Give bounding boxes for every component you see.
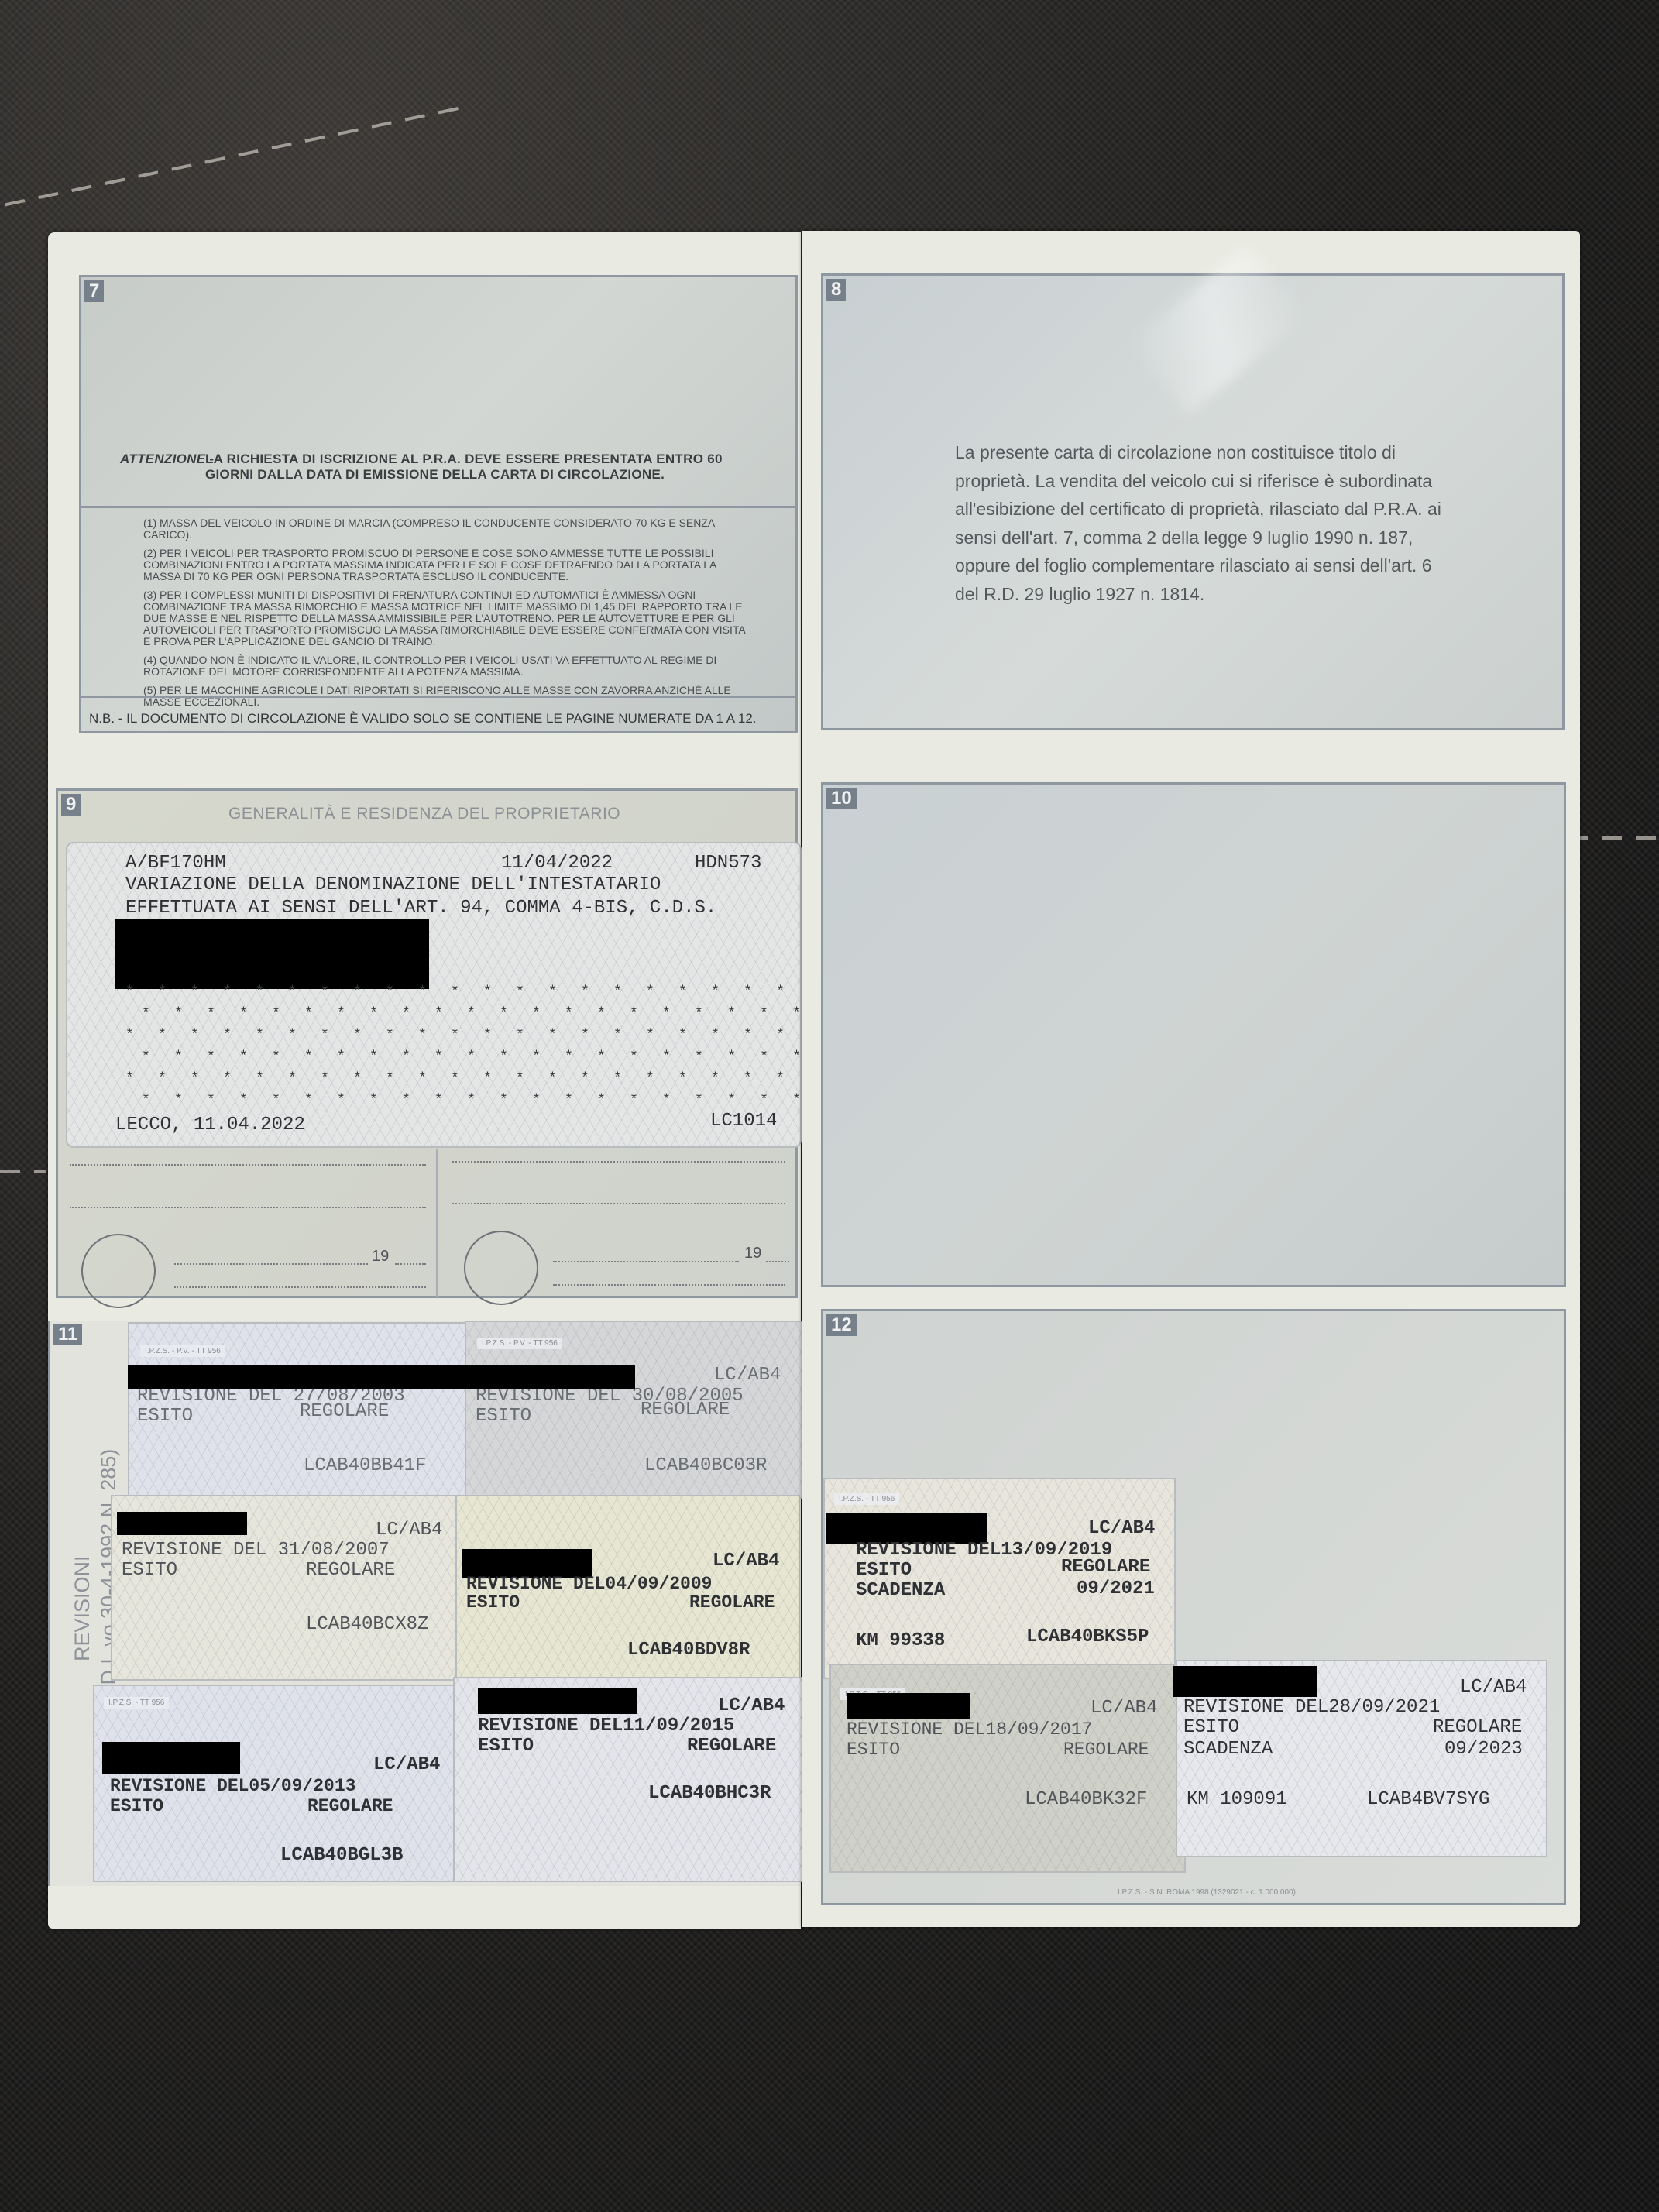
km-reading: KM 99338 <box>856 1630 945 1651</box>
revision-code: LCAB40BKS5P <box>1026 1626 1149 1647</box>
page-11-panel: 11 REVISIONI (Art. 80 del D.L.vo 30-4-19… <box>48 1321 801 1886</box>
place-and-date: LECCO, 11.04.2022 <box>115 1115 305 1135</box>
esito-label: ESITO <box>122 1560 177 1581</box>
km-reading: KM 109091 <box>1187 1789 1287 1810</box>
redacted-plate <box>128 1365 635 1389</box>
attention-lead: ATTENZIONE - <box>120 452 214 467</box>
revision-code: LCAB40BB41F <box>304 1455 426 1476</box>
revision-sticker-2015: LC/AB4 REVISIONE DEL11/09/2015 ESITO REG… <box>453 1677 805 1882</box>
year-prefix: 19 <box>744 1245 761 1262</box>
esito-value: REGOLARE <box>689 1592 775 1613</box>
left-page: 7 ATTENZIONE - LA RICHIESTA DI ISCRIZION… <box>48 232 801 1929</box>
revision-code: LCAB4BV7SYG <box>1367 1789 1489 1810</box>
signature-line <box>70 1207 426 1208</box>
change-description-1: VARIAZIONE DELLA DENOMINAZIONE DELL'INTE… <box>125 874 661 895</box>
revision-date: REVISIONE DEL28/09/2021 <box>1183 1697 1440 1718</box>
revision-date: REVISIONE DEL04/09/2009 <box>466 1574 712 1594</box>
registration-code: A/BF170HM <box>125 853 226 874</box>
redacted-owner-name <box>115 919 429 989</box>
signature-line <box>70 1164 426 1166</box>
redacted-plate <box>1173 1666 1317 1697</box>
page-7-panel: 7 ATTENZIONE - LA RICHIESTA DI ISCRIZION… <box>79 275 798 733</box>
page-9-panel: 9 GENERALITÀ E RESIDENZA DEL PROPRIETARI… <box>56 788 798 1298</box>
esito-label: ESITO <box>1183 1717 1239 1738</box>
esito-label: ESITO <box>137 1406 193 1427</box>
seat-stitching <box>0 1170 46 1173</box>
page-number-8: 8 <box>826 279 846 301</box>
seat-stitching <box>5 107 460 207</box>
esito-value: REGOLARE <box>1061 1557 1150 1578</box>
scadenza-value: 09/2021 <box>1077 1578 1155 1599</box>
revision-sticker-2021: LC/AB4 REVISIONE DEL28/09/2021 ESITO REG… <box>1176 1660 1547 1857</box>
footnote-3: (3) PER I COMPLESSI MUNITI DI DISPOSITIV… <box>143 589 747 647</box>
signature-line <box>452 1203 785 1204</box>
revision-sticker-2003: I.P.Z.S. - P.V. - TT 956 REVISIONE DEL 2… <box>128 1322 469 1500</box>
redacted-plate <box>117 1512 247 1535</box>
page-8-panel: 8 La presente carta di circolazione non … <box>821 273 1565 730</box>
stamp-circle <box>464 1231 538 1305</box>
office-code: LC1014 <box>710 1111 777 1132</box>
year-prefix: 19 <box>372 1248 389 1266</box>
light-glare <box>1129 245 1307 415</box>
attention-notice: ATTENZIONE - LA RICHIESTA DI ISCRIZIONE … <box>120 452 764 483</box>
page-10-panel: 10 <box>821 782 1566 1287</box>
change-date: 11/04/2022 <box>501 853 613 874</box>
ipzs-label: I.P.Z.S. - TT 956 <box>834 1493 899 1505</box>
revision-sticker-2009: LC/AB4 REVISIONE DEL04/09/2009 ESITO REG… <box>455 1495 800 1688</box>
scadenza-label: SCADENZA <box>856 1580 945 1601</box>
footnote-4: (4) QUANDO NON È INDICATO IL VALORE, IL … <box>143 654 747 678</box>
revision-sticker-2013: I.P.Z.S. - TT 956 LC/AB4 REVISIONE DEL05… <box>93 1685 465 1882</box>
esito-value: REGOLARE <box>1433 1717 1522 1738</box>
revision-sticker-2005: I.P.Z.S. - P.V. - TT 956 LC/AB4 REVISION… <box>465 1321 805 1499</box>
notes-divider <box>81 506 795 508</box>
signature-line <box>452 1161 785 1163</box>
revision-code: LCAB40BDV8R <box>627 1640 750 1661</box>
scadenza-value: 09/2023 <box>1444 1739 1523 1760</box>
page-number-9: 9 <box>61 794 81 816</box>
change-description-2: EFFETTUATA AI SENSI DELL'ART. 94, COMMA … <box>125 898 716 919</box>
office-code: LC/AB4 <box>1091 1698 1157 1719</box>
owner-change-sticker: A/BF170HM 11/04/2022 HDN573 VARIAZIONE D… <box>66 842 802 1148</box>
revision-date: REVISIONE DEL05/09/2013 <box>110 1776 355 1796</box>
esito-value: REGOLARE <box>687 1736 776 1757</box>
date-line <box>766 1261 789 1262</box>
revisions-title: REVISIONI <box>70 1555 94 1661</box>
ipzs-label: I.P.Z.S. - P.V. - TT 956 <box>140 1345 225 1357</box>
esito-label: ESITO <box>466 1592 520 1613</box>
esito-label: ESITO <box>110 1796 163 1816</box>
owner-section-title: GENERALITÀ E RESIDENZA DEL PROPRIETARIO <box>228 805 620 823</box>
esito-value: REGOLARE <box>300 1401 389 1422</box>
revision-sticker-2007: LC/AB4 REVISIONE DEL 31/08/2007 ESITO RE… <box>111 1495 461 1681</box>
revision-date: REVISIONE DEL11/09/2015 <box>478 1716 734 1736</box>
date-line <box>395 1263 426 1265</box>
nb-divider <box>81 696 795 698</box>
ipzs-label: I.P.Z.S. - P.V. - TT 956 <box>477 1338 562 1349</box>
esito-label: ESITO <box>478 1736 534 1757</box>
office-code: LC/AB4 <box>713 1551 779 1571</box>
revision-sticker-2017: I.P.Z.S. - TT 956 LC/AB4 REVISIONE DEL18… <box>829 1664 1186 1873</box>
revision-code: LCAB40BHC3R <box>648 1783 771 1804</box>
office-code: LC/AB4 <box>1460 1677 1527 1698</box>
revision-code: LCAB40BCX8Z <box>306 1614 428 1635</box>
esito-value: REGOLARE <box>641 1400 730 1420</box>
revision-date: REVISIONE DEL 31/08/2007 <box>122 1540 390 1561</box>
revision-sticker-2019: I.P.Z.S. - TT 956 LC/AB4 REVISIONE DEL13… <box>823 1478 1176 1679</box>
ownership-disclaimer: La presente carta di circolazione non co… <box>955 438 1451 608</box>
page-number-7: 7 <box>84 280 104 302</box>
attention-text: LA RICHIESTA DI ISCRIZIONE AL P.R.A. DEV… <box>205 452 764 483</box>
scadenza-label: SCADENZA <box>1183 1739 1273 1760</box>
office-code: LC/AB4 <box>373 1754 440 1775</box>
revision-code: LCAB40BGL3B <box>280 1845 403 1866</box>
office-code: LC/AB4 <box>718 1695 785 1716</box>
right-page: 8 La presente carta di circolazione non … <box>802 231 1580 1927</box>
page-12-panel: 12 I.P.Z.S. - TT 956 LC/AB4 REVISIONE DE… <box>821 1309 1566 1905</box>
page-number-12: 12 <box>826 1314 857 1336</box>
stamp-box-right: 19 <box>441 1149 797 1297</box>
office-code: LC/AB4 <box>376 1520 442 1540</box>
date-line <box>174 1263 368 1265</box>
esito-value: REGOLARE <box>1063 1740 1149 1760</box>
redacted-plate <box>847 1693 970 1719</box>
signature-line <box>174 1286 426 1288</box>
esito-label: ESITO <box>847 1740 900 1760</box>
esito-label: ESITO <box>856 1560 912 1581</box>
stamp-box-left: 19 <box>58 1149 438 1297</box>
office-code: LC/AB4 <box>1088 1518 1155 1539</box>
nb-notice: N.B. - IL DOCUMENTO DI CIRCOLAZIONE È VA… <box>89 711 757 726</box>
signature-line <box>553 1284 785 1286</box>
footnote-1: (1) MASSA DEL VEICOLO IN ORDINE DI MARCI… <box>143 517 747 541</box>
stamp-circle <box>81 1234 156 1308</box>
revision-code: LCAB40BC03R <box>644 1455 767 1476</box>
redacted-plate <box>102 1742 240 1774</box>
printer-footer: I.P.Z.S. - S.N. ROMA 1998 (1329021 - c. … <box>1118 1888 1296 1897</box>
esito-value: REGOLARE <box>307 1796 393 1816</box>
page-number-10: 10 <box>826 788 857 809</box>
office-code: LC/AB4 <box>714 1365 781 1386</box>
revision-code: LCAB40BK32F <box>1025 1789 1147 1810</box>
esito-value: REGOLARE <box>306 1560 395 1581</box>
date-line <box>553 1261 739 1262</box>
change-ref: HDN573 <box>695 853 761 874</box>
page-number-11: 11 <box>53 1324 82 1345</box>
redacted-plate <box>478 1688 637 1714</box>
footnote-2: (2) PER I VEICOLI PER TRASPORTO PROMISCU… <box>143 548 747 582</box>
ipzs-label: I.P.Z.S. - TT 956 <box>104 1697 169 1709</box>
revision-date: REVISIONE DEL18/09/2017 <box>847 1719 1092 1740</box>
footnotes-list: (1) MASSA DEL VEICOLO IN ORDINE DI MARCI… <box>143 517 747 715</box>
esito-label: ESITO <box>476 1406 531 1427</box>
